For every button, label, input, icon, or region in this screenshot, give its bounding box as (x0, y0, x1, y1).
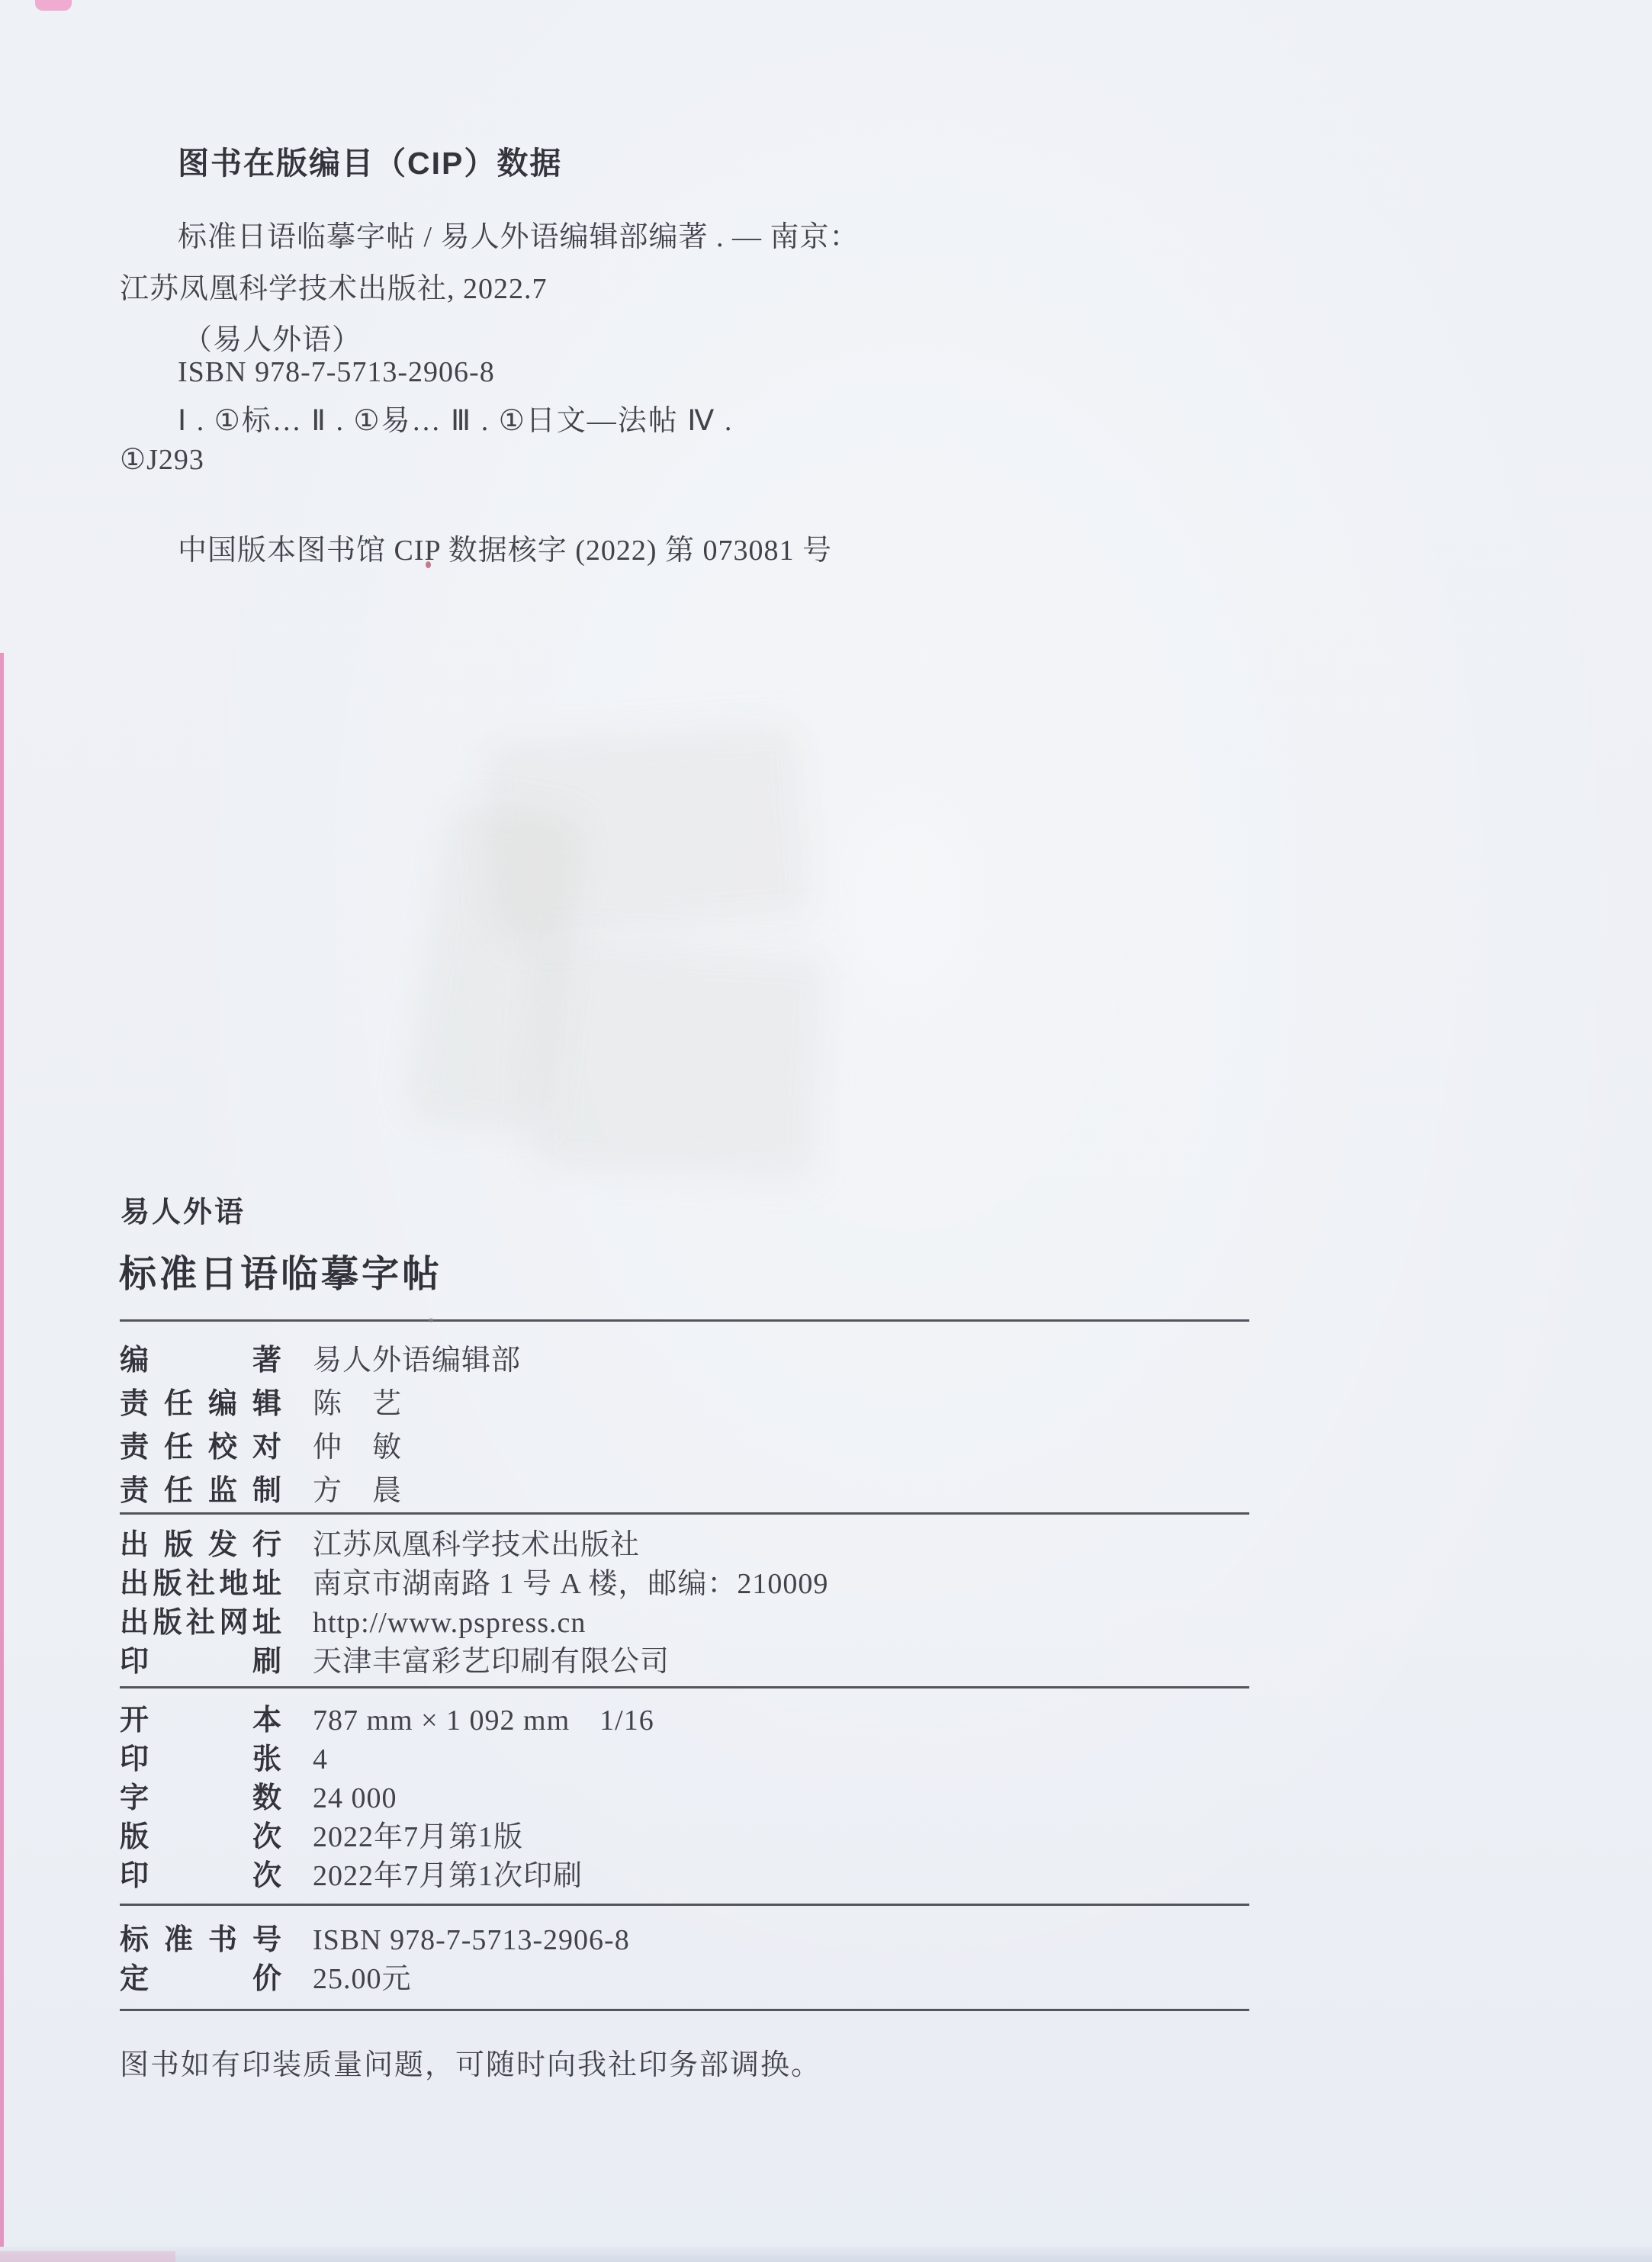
divider-rule (120, 1512, 1249, 1515)
table-row: 标准书号 ISBN 978-7-5713-2906-8 (120, 1922, 630, 1961)
row-value: 陈 艺 (313, 1386, 402, 1422)
row-label: 印张 (120, 1741, 281, 1778)
row-value: 天津丰富彩艺印刷有限公司 (313, 1643, 670, 1680)
row-label: 出版社网址 (120, 1605, 281, 1641)
cip-registry-line: 中国版本图书馆 CIP 数据核字 (2022) 第 073081 号 (178, 526, 832, 568)
row-label: 编著 (120, 1342, 281, 1379)
row-value: 易人外语编辑部 (313, 1342, 521, 1379)
publishing-rows: 出版发行 江苏凤凰科学技术出版社 出版社地址 南京市湖南路 1 号 A 楼，邮编… (120, 1527, 828, 1682)
table-row: 版次 2022年7月第1版 (120, 1819, 654, 1858)
row-label: 印次 (120, 1858, 281, 1894)
row-label: 印刷 (120, 1643, 281, 1680)
table-row: 责任校对 仲 敏 (120, 1429, 521, 1473)
row-value: 江苏凤凰科学技术出版社 (313, 1527, 640, 1563)
row-value: 24 000 (313, 1780, 397, 1817)
scan-artifact-top-edge (35, 0, 72, 11)
row-value: 25.00元 (313, 1961, 412, 1997)
table-row: 定价 25.00元 (120, 1961, 630, 2000)
isbn-rows: 标准书号 ISBN 978-7-5713-2906-8 定价 25.00元 (120, 1922, 630, 2000)
row-label: 出版社地址 (120, 1566, 281, 1602)
row-value: 仲 敏 (313, 1429, 402, 1466)
row-value: 方 晨 (313, 1473, 402, 1509)
divider-rule (120, 1686, 1249, 1688)
row-label: 出版发行 (120, 1527, 281, 1563)
table-row: 字数 24 000 (120, 1780, 654, 1819)
cip-heading: 图书在版编目（CIP）数据 (178, 138, 562, 183)
row-value: 787 mm × 1 092 mm 1/16 (313, 1702, 654, 1739)
row-value: ISBN 978-7-5713-2906-8 (313, 1922, 630, 1958)
cip-line-series: （易人外语） (183, 316, 362, 358)
row-label: 责任监制 (120, 1473, 281, 1509)
row-value: 2022年7月第1版 (313, 1819, 523, 1856)
scan-artifact-left-edge (0, 653, 4, 2262)
cip-line-classification: Ⅰ . ①标… Ⅱ . ①易… Ⅲ . ①日文—法帖 Ⅳ . (178, 397, 733, 439)
cip-line-class-code: ①J293 (120, 442, 204, 477)
series-name: 易人外语 (121, 1188, 246, 1230)
cip-line-isbn: ISBN 978-7-5713-2906-8 (178, 355, 495, 389)
table-row: 印次 2022年7月第1次印刷 (120, 1858, 654, 1897)
scan-artifact-bottom-edge (0, 2247, 1652, 2262)
scan-artifact-speck (426, 561, 431, 568)
book-title: 标准日语临摹字帖 (119, 1245, 442, 1298)
table-row: 出版发行 江苏凤凰科学技术出版社 (120, 1527, 828, 1566)
cip-line-title-statement: 标准日语临摹字帖 / 易人外语编辑部编著 . — 南京： (178, 213, 860, 255)
row-label: 标准书号 (120, 1922, 281, 1958)
table-row: 印刷 天津丰富彩艺印刷有限公司 (120, 1643, 828, 1682)
row-value: 2022年7月第1次印刷 (313, 1858, 583, 1894)
table-row: 责任监制 方 晨 (120, 1473, 521, 1516)
row-value: 4 (313, 1741, 328, 1778)
table-row: 编著 易人外语编辑部 (120, 1342, 521, 1386)
format-rows: 开本 787 mm × 1 092 mm 1/16 印张 4 字数 24 000… (120, 1702, 654, 1897)
scan-artifact-speck (429, 1318, 433, 1322)
row-value: 南京市湖南路 1 号 A 楼，邮编：210009 (313, 1566, 828, 1602)
row-label: 责任编辑 (120, 1386, 281, 1422)
divider-rule (120, 2009, 1249, 2011)
editorial-rows: 编著 易人外语编辑部 责任编辑 陈 艺 责任校对 仲 敏 责任监制 方 晨 (120, 1342, 521, 1516)
footer-note: 图书如有印装质量问题，可随时向我社印务部调换。 (120, 2041, 821, 2083)
table-row: 印张 4 (120, 1741, 654, 1780)
row-label: 责任校对 (120, 1429, 281, 1466)
table-row: 开本 787 mm × 1 092 mm 1/16 (120, 1702, 654, 1741)
table-row: 出版社网址 http://www.pspress.cn (120, 1605, 828, 1643)
divider-rule (120, 1319, 1249, 1322)
table-row: 出版社地址 南京市湖南路 1 号 A 楼，邮编：210009 (120, 1566, 828, 1605)
row-label: 开本 (120, 1702, 281, 1739)
row-label: 字数 (120, 1780, 281, 1817)
scan-artifact-bottom-pink (0, 2251, 175, 2262)
row-label: 版次 (120, 1819, 281, 1856)
row-label: 定价 (120, 1961, 281, 1997)
cip-line-publisher-year: 江苏凤凰科学技术出版社, 2022.7 (120, 265, 548, 307)
divider-rule (120, 1904, 1249, 1906)
row-value: http://www.pspress.cn (313, 1605, 586, 1641)
show-through-ghost (528, 938, 829, 1181)
copyright-page: 图书在版编目（CIP）数据 标准日语临摹字帖 / 易人外语编辑部编著 . — 南… (0, 0, 1652, 2262)
table-row: 责任编辑 陈 艺 (120, 1386, 521, 1429)
